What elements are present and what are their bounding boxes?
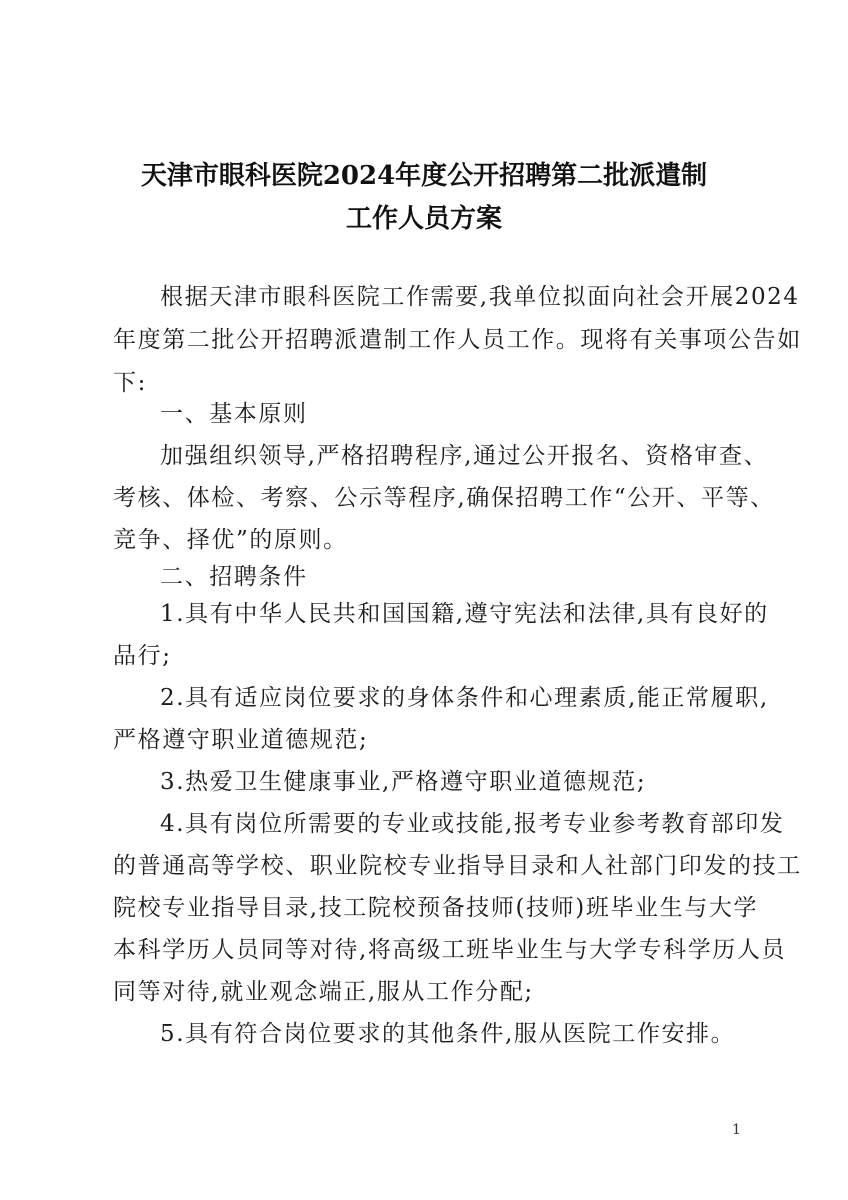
condition-1-line-2: 品行; xyxy=(113,642,753,670)
condition-3-line-1: 3.热爱卫生健康事业,严格遵守职业道德规范; xyxy=(160,768,800,796)
intro-paragraph-line-3: 下: xyxy=(113,369,753,397)
principles-paragraph-line-1: 加强组织领导,严格招聘程序,通过公开报名、资格审查、 xyxy=(160,442,800,470)
condition-4-line-1: 4.具有岗位所需要的专业或技能,报考专业参考教育部印发 xyxy=(160,810,800,838)
condition-1-line-1: 1.具有中华人民共和国国籍,遵守宪法和法律,具有良好的 xyxy=(160,600,800,628)
document-page: 天津市眼科医院2024年度公开招聘第二批派遣制 工作人员方案 根据天津市眼科医院… xyxy=(0,0,848,1200)
condition-4-line-3: 院校专业指导目录,技工院校预备技师(技师)班毕业生与大学 xyxy=(113,894,753,922)
intro-paragraph-line-2: 年度第二批公开招聘派遣制工作人员工作。现将有关事项公告如 xyxy=(113,326,753,354)
intro-paragraph-line-1: 根据天津市眼科医院工作需要,我单位拟面向社会开展2024 xyxy=(160,283,800,311)
condition-2-line-2: 严格遵守职业道德规范; xyxy=(113,726,753,754)
condition-5-line-1: 5.具有符合岗位要求的其他条件,服从医院工作安排。 xyxy=(160,1020,800,1048)
principles-paragraph-line-2: 考核、体检、考察、公示等程序,确保招聘工作“公开、平等、 xyxy=(113,484,753,512)
section-heading-basic-principles: 一、基本原则 xyxy=(160,400,800,428)
document-title-line-1: 天津市眼科医院2024年度公开招聘第二批派遣制 xyxy=(0,155,848,192)
document-title-line-2: 工作人员方案 xyxy=(0,198,848,235)
condition-4-line-4: 本科学历人员同等对待,将高级工班毕业生与大学专科学历人员 xyxy=(113,936,753,964)
section-heading-recruitment-conditions: 二、招聘条件 xyxy=(160,563,800,591)
condition-2-line-1: 2.具有适应岗位要求的身体条件和心理素质,能正常履职, xyxy=(160,684,800,712)
condition-4-line-5: 同等对待,就业观念端正,服从工作分配; xyxy=(113,978,753,1006)
page-number: 1 xyxy=(732,1122,741,1138)
condition-4-line-2: 的普通高等学校、职业院校专业指导目录和人社部门印发的技工 xyxy=(113,852,753,880)
principles-paragraph-line-3: 竞争、择优”的原则。 xyxy=(113,526,753,554)
